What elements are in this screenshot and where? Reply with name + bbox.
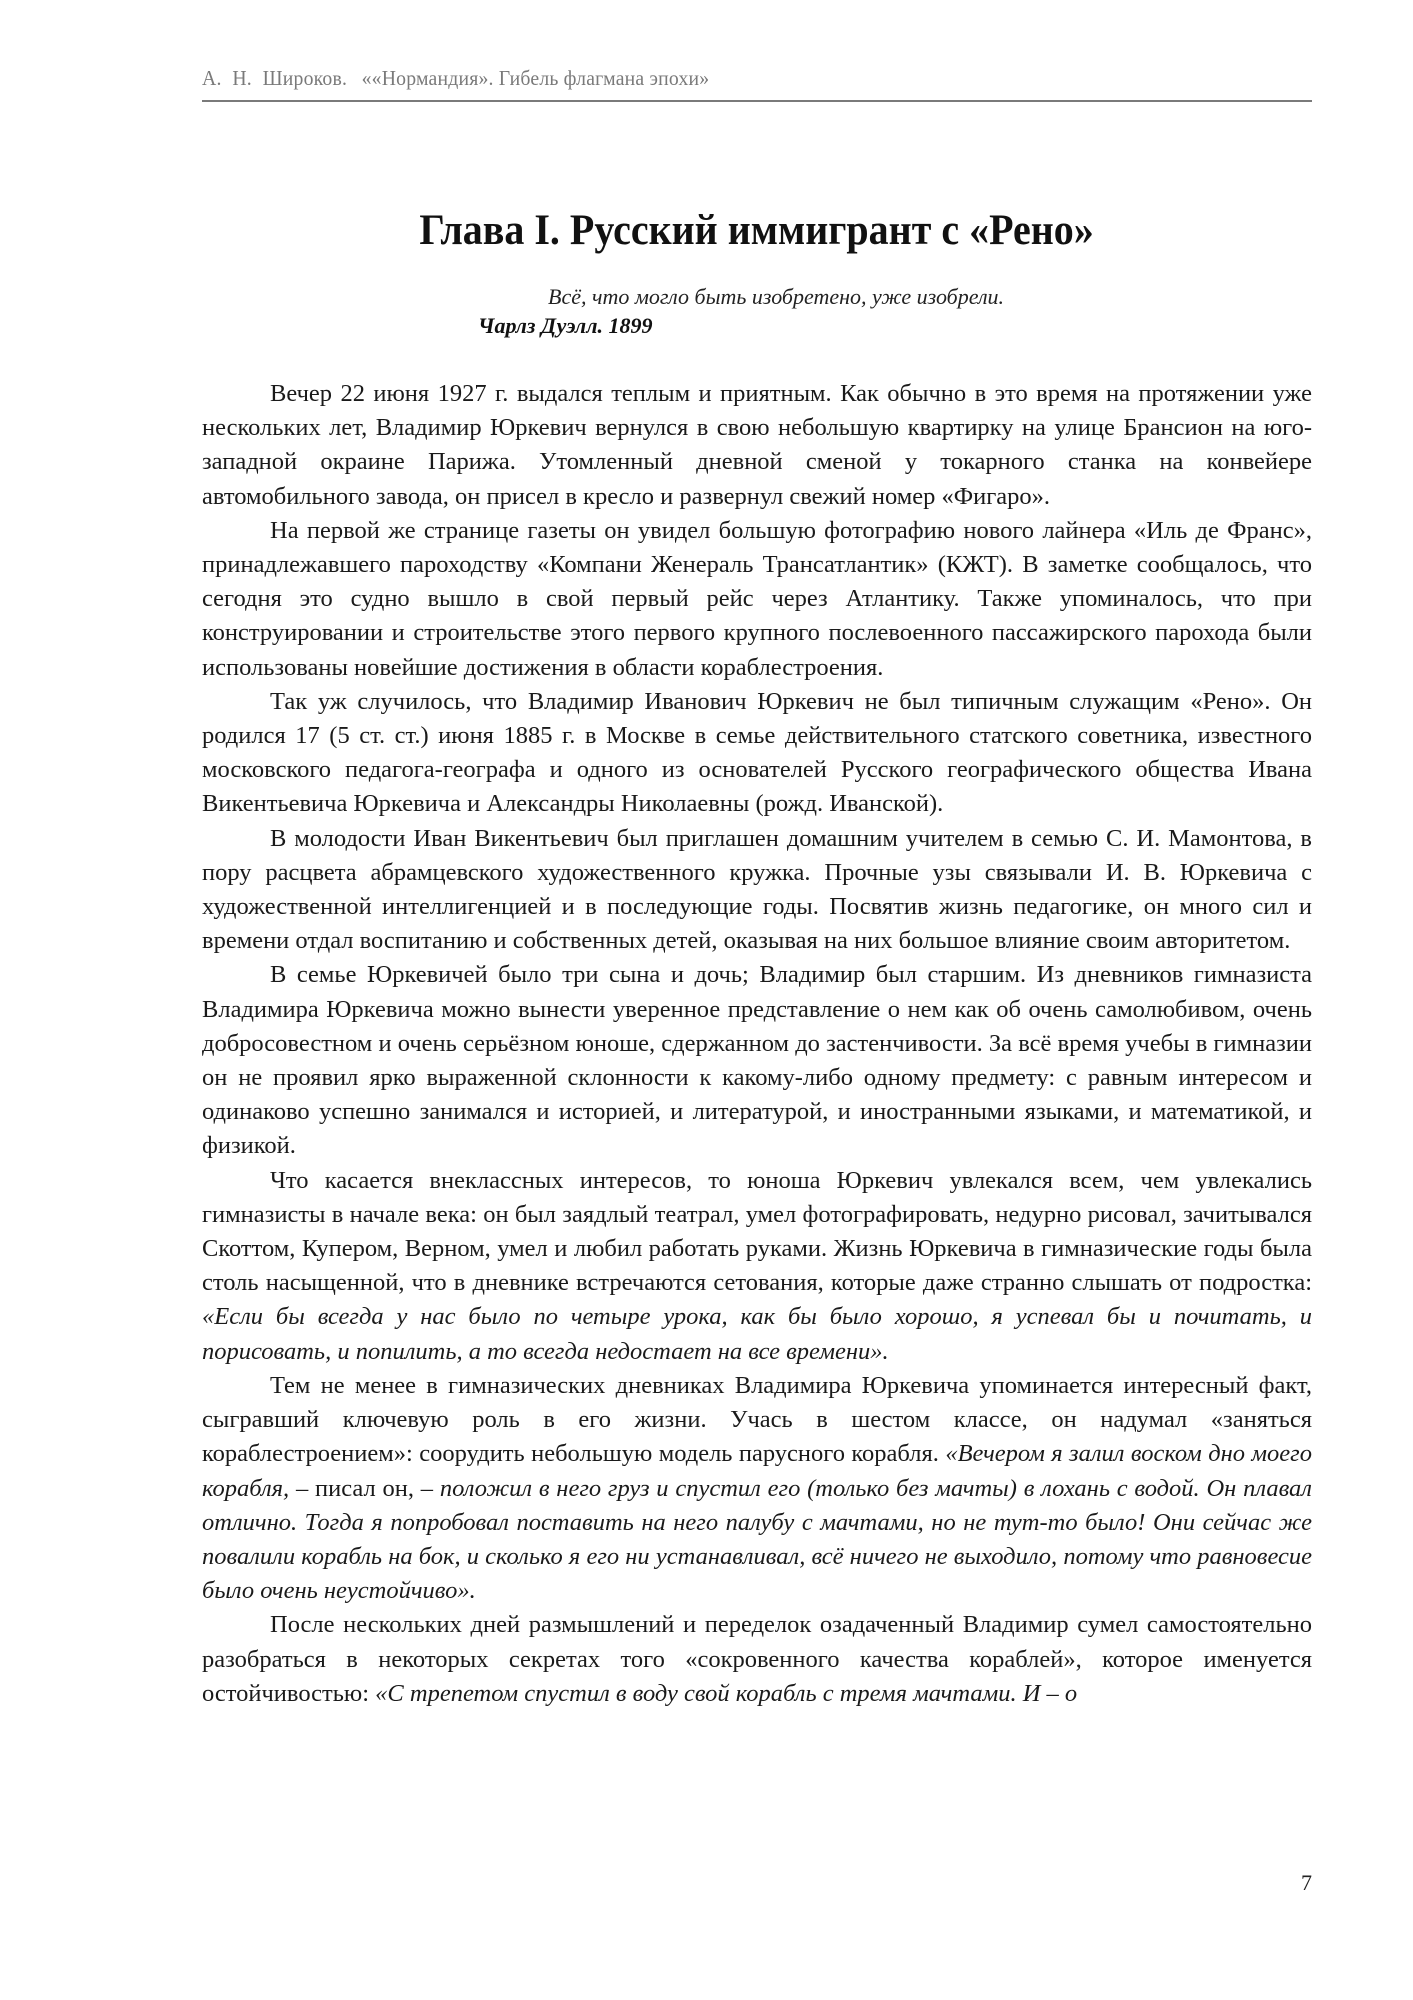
running-head: А. Н. Широков. ««Нормандия». Гибель флаг… [202,66,1245,91]
running-head-book-title: ««Нормандия». Гибель флагмана эпохи» [362,66,710,90]
chapter-title-text: Глава I. Русский иммигрант с «Рено» [420,206,1094,255]
text-segment: – писал он, – [289,1475,440,1502]
running-head-author: А. Н. Широков. [202,66,347,90]
paragraph: Так уж случилось, что Владимир Иванович … [202,685,1312,822]
header-rule [202,100,1312,102]
paragraph: В молодости Иван Викентьевич был приглаш… [202,822,1312,959]
diary-quote: «Если бы всегда у нас было по четыре уро… [202,1303,1312,1364]
diary-quote: «С трепетом спустил в воду свой корабль … [375,1680,1077,1707]
paragraph: После нескольких дней размышлений и пере… [202,1608,1312,1711]
body-text: Вечер 22 июня 1927 г. выдался теплым и п… [202,377,1312,1711]
epigraph-quote: Всё, что могло быть изобретено, уже изоб… [548,284,1004,310]
page-number: 7 [1290,1870,1312,1896]
chapter-title: Глава I. Русский иммигрант с «Рено» [202,206,1312,255]
paragraph: В семье Юркевичей было три сына и дочь; … [202,958,1312,1163]
text-segment: Что касается внеклассных интересов, то ю… [202,1167,1312,1297]
paragraph: На первой же странице газеты он увидел б… [202,514,1312,685]
text-segment: В молодости Иван Викентьевич был приглаш… [202,825,1312,955]
paragraph: Тем не менее в гимназических дневниках В… [202,1369,1312,1608]
epigraph-author: Чарлз Дуэлл. 1899 [478,313,653,339]
text-segment: В семье Юркевичей было три сына и дочь; … [202,961,1312,1159]
text-segment: Вечер 22 июня 1927 г. выдался теплым и п… [202,380,1312,510]
paragraph: Что касается внеклассных интересов, то ю… [202,1164,1312,1369]
text-segment: На первой же странице газеты он увидел б… [202,517,1312,681]
paragraph: Вечер 22 июня 1927 г. выдался теплым и п… [202,377,1312,514]
text-segment: Так уж случилось, что Владимир Иванович … [202,688,1312,818]
